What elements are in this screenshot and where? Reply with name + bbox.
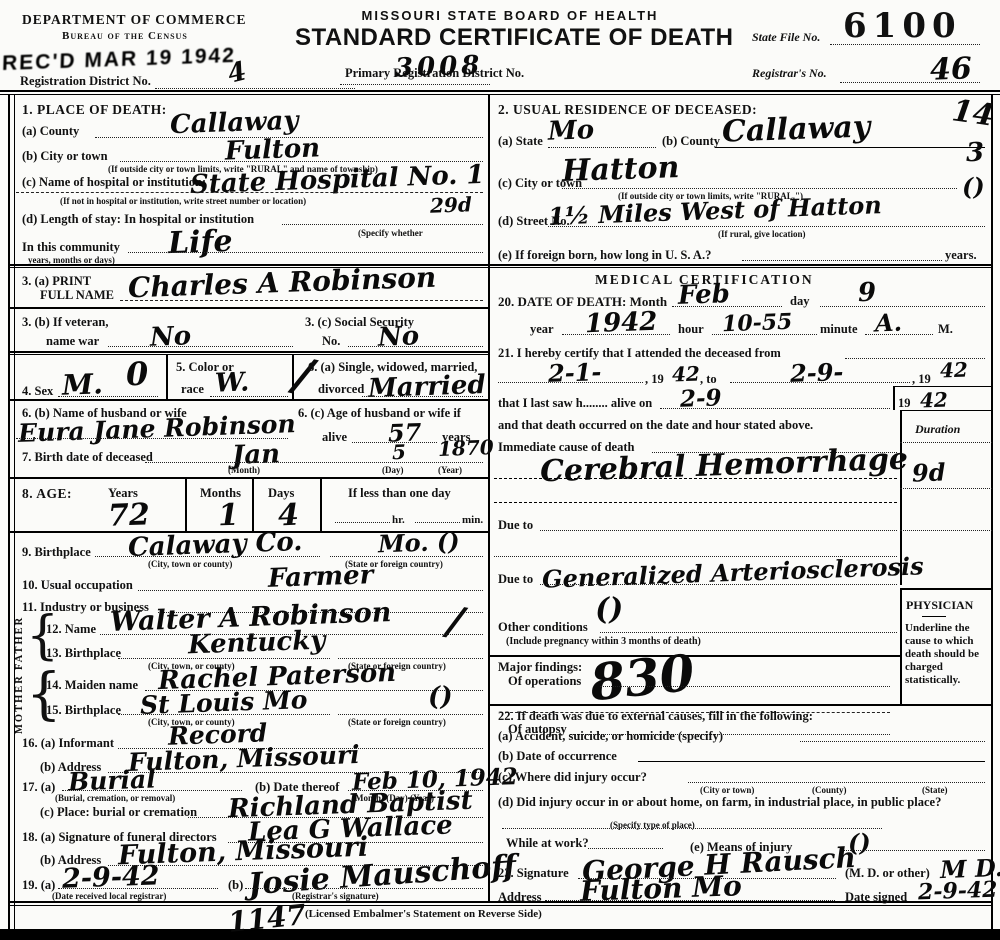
age-less-head: If less than one day [348, 486, 451, 501]
registration-district-label: Registration District No. [20, 74, 151, 89]
while-at-work-label: While at work? [506, 836, 589, 851]
form-line [330, 556, 483, 557]
father-birthplace-value: Kentucky [188, 626, 326, 661]
major-findings-value: 830 [587, 643, 697, 713]
birthplace-state-value: Mo. () [378, 527, 461, 559]
form-line [490, 267, 992, 268]
physician-box-border [900, 588, 902, 705]
birthdate-year-hint: (Year) [438, 465, 462, 475]
form-line [58, 396, 158, 397]
form-line [672, 306, 782, 307]
form-border [991, 95, 993, 930]
attended-from-year: 42 [672, 362, 701, 387]
res-state-label: (a) State [498, 134, 543, 149]
corner-mark-3: 3 [965, 138, 984, 169]
mother-side-label: MOTHER [14, 668, 25, 734]
form-line [210, 396, 288, 397]
form-line [490, 655, 900, 657]
race-label2: race [181, 382, 204, 397]
form-line [712, 334, 817, 335]
age-hr-label: hr. [392, 514, 405, 526]
res-foreign-suffix: years. [945, 248, 977, 263]
state-file-value: 6100 [843, 6, 962, 46]
form-line [562, 334, 670, 335]
form-border [8, 95, 10, 930]
registration-district-value: 4 [225, 56, 250, 89]
registrar-sig-hint: (Registrar's signature) [292, 891, 379, 901]
physician-signature-label: 23. Signature [498, 866, 569, 881]
dod-m-suffix: M. [938, 322, 953, 337]
form-line [62, 790, 242, 791]
external-a-label: (a) Accident, suicide, or homicide (spec… [498, 729, 723, 744]
form-line [10, 477, 488, 479]
form-line [490, 704, 992, 706]
received-date-stamp: REC'D MAR 19 1942 [2, 44, 237, 76]
form-line [893, 386, 992, 387]
form-line [362, 396, 483, 397]
birthplace-hint: (City, town or county) [148, 559, 232, 569]
form-line [540, 530, 897, 531]
attended-from-value: 2-1- [548, 357, 602, 388]
pod-county-label: (a) County [22, 124, 79, 139]
form-line [10, 399, 488, 401]
cell-divider [252, 478, 254, 531]
pod-hospital-hint: (If not in hospital or institution, writ… [60, 196, 306, 206]
form-line [282, 224, 483, 225]
physician-address-label: Address [498, 890, 542, 905]
dod-hour-label: hour [678, 322, 704, 337]
form-line [95, 556, 320, 557]
marital-label2: divorced [318, 382, 364, 397]
cell-divider [320, 478, 322, 531]
form-line [128, 252, 483, 253]
pod-city-value: Fulton [225, 133, 321, 166]
external-causes-heading: 22. If death was due to external causes,… [498, 709, 813, 724]
form-line [335, 522, 390, 523]
birthdate-day: 5 [392, 440, 407, 464]
last-saw-19: 19 [898, 396, 911, 411]
external-c-state-hint: (State) [922, 785, 948, 795]
dod-hour-value: 10-55 [722, 309, 793, 337]
form-line [108, 346, 293, 347]
veteran-value: No [149, 321, 191, 352]
form-line [688, 782, 985, 783]
external-b-label: (b) Date of occurrence [498, 749, 617, 764]
form-line [0, 94, 1000, 95]
spouse-age-label2: alive [322, 430, 347, 445]
spouse-age-label1: 6. (c) Age of husband or wife if [298, 406, 461, 421]
res-state-value: Mo [547, 115, 594, 147]
form-line [742, 260, 942, 261]
form-line [58, 888, 218, 889]
last-saw-label: that I last saw h........ alive on [498, 396, 652, 411]
ssn-value: No [377, 321, 419, 352]
form-line [865, 334, 933, 335]
form-line [922, 616, 946, 617]
certificate-page: DEPARTMENT OF COMMERCE Bureau of the Cen… [0, 0, 1000, 940]
due-to-1-label: Due to [498, 518, 533, 533]
registrar-date-hint: (Date received local registrar) [52, 891, 166, 901]
informant-label: 16. (a) Informant [22, 736, 114, 751]
physician-title: PHYSICIAN [906, 598, 973, 613]
other-conditions-mark: () [594, 592, 624, 628]
bureau-of-census: Bureau of the Census [62, 30, 188, 42]
age-min-label: min. [462, 514, 483, 526]
state-file-label: State File No. [752, 30, 820, 45]
form-line [900, 530, 992, 531]
form-line [10, 307, 488, 309]
other-conditions-label: Other conditions [498, 620, 588, 635]
form-line [16, 438, 288, 439]
date-signed-label: Date signed [845, 890, 907, 905]
form-line [415, 522, 460, 523]
industry-mark: / [444, 597, 467, 646]
disposition-type-hint: (Burial, cremation, or removal) [55, 793, 175, 803]
external-c-county-hint: (County) [812, 785, 847, 795]
form-line [545, 900, 835, 901]
cell-divider [166, 355, 168, 399]
form-line [600, 686, 890, 687]
age-years-value: 72 [107, 497, 150, 533]
form-line [494, 502, 897, 503]
form-line [490, 264, 992, 266]
form-line [338, 714, 483, 715]
date-signed-value: 2-9-42 [918, 877, 998, 906]
form-line [900, 488, 992, 489]
fullname-label1: 3. (a) PRINT [22, 274, 91, 289]
mother-name-label: 14. Maiden name [46, 678, 138, 693]
father-name-label: 12. Name [46, 622, 96, 637]
form-line [730, 382, 910, 383]
dod-minute-value: A. [875, 308, 903, 338]
form-line [548, 147, 656, 148]
physician-note: Underline the cause to which death shoul… [905, 622, 989, 687]
occupation-label: 10. Usual occupation [22, 578, 133, 593]
pod-community-label: In this community [22, 240, 120, 255]
form-line [900, 442, 992, 443]
form-line [900, 410, 992, 411]
registrar-date-label: 19. (a) [22, 878, 55, 893]
disposition-place-label: (c) Place: burial or cremation [40, 805, 197, 820]
form-line [118, 714, 330, 715]
attended-19b: , 19 [912, 372, 931, 387]
res-street-hint: (If rural, give location) [718, 229, 805, 239]
registrar-date-value: 2-9-42 [61, 860, 160, 894]
mother-birthplace-hint2: (State or foreign country) [348, 717, 446, 727]
residence-heading: 2. USUAL RESIDENCE OF DECEASED: [498, 102, 757, 118]
pod-city-label: (b) City or town [22, 149, 108, 164]
form-line [540, 584, 897, 585]
form-line [840, 850, 985, 851]
form-line [245, 888, 483, 889]
form-line [800, 741, 985, 742]
of-operations-label: Of operations [508, 674, 581, 689]
form-line [145, 462, 483, 463]
res-county-value: Callaway [721, 109, 870, 149]
form-line [660, 408, 890, 409]
attended-19a: , 19 [645, 372, 664, 387]
form-line [588, 848, 663, 849]
primary-district-value: 3008 [395, 50, 484, 83]
form-line [715, 147, 985, 148]
birthdate-label: 7. Birth date of deceased [22, 450, 153, 465]
mother-birthplace-mark: () [427, 682, 453, 713]
res-foreign-label: (e) If foreign born, how long in U. S. A… [498, 248, 711, 263]
race-value: W. [214, 367, 249, 398]
age-label: 8. AGE: [22, 486, 72, 502]
res-county-label: (b) County [662, 134, 720, 149]
form-border [14, 95, 15, 930]
attended-to-year: 42 [940, 358, 969, 383]
sex-label: 4. Sex [22, 384, 53, 399]
duration-head: Duration [915, 422, 960, 437]
form-line [820, 306, 985, 307]
form-line [562, 188, 957, 189]
external-d-hint: (Specify type of place) [610, 820, 695, 830]
certificate-title: STANDARD CERTIFICATE OF DEATH [295, 24, 725, 52]
physician-address-value: Fulton Mo [579, 869, 742, 908]
res-street-value: 1½ Miles West of Hatton [548, 190, 883, 231]
sex-code-mark: 0 [125, 355, 149, 394]
ssn-label2: No. [322, 334, 340, 349]
form-line [600, 632, 897, 633]
embalmer-note: (Licensed Embalmer's Statement on Revers… [305, 908, 542, 920]
pod-stay-value: 29d [430, 192, 473, 217]
place-of-death-heading: 1. PLACE OF DEATH: [22, 102, 167, 118]
disposition-type-label: 17. (a) [22, 780, 55, 795]
attended-to-value: 2-9- [790, 357, 844, 388]
external-c-city-hint: (City or town) [700, 785, 754, 795]
dod-day-label: day [790, 294, 809, 309]
dod-year-label: year [530, 322, 554, 337]
occupation-value: Farmer [268, 560, 374, 594]
form-line [16, 192, 483, 193]
corner-mark-14: 14 [950, 93, 996, 133]
disposition-type-value: Burial [68, 764, 157, 796]
form-line [638, 761, 985, 762]
form-line [10, 351, 488, 353]
form-line [118, 658, 330, 659]
form-line [120, 300, 483, 301]
external-c-label: (c) Where did injury occur? [498, 770, 647, 785]
birthdate-day-hint: (Day) [382, 465, 404, 475]
age-months-value: 1 [217, 498, 239, 534]
form-line [548, 226, 985, 227]
dod-day-value: 9 [857, 278, 876, 309]
dod-minute-label: minute [820, 322, 858, 337]
mother-birthplace-label: 15. Birthplace [46, 703, 121, 718]
birthplace-value: Calaway Co. [128, 527, 303, 563]
registrar-sig-label: (b) [228, 878, 243, 893]
father-side-label: FATHER [14, 608, 25, 670]
pod-community-value: Life [167, 224, 233, 261]
form-line [10, 354, 488, 355]
veteran-label1: 3. (b) If veteran, [22, 315, 108, 330]
birthplace-label: 9. Birthplace [22, 545, 91, 560]
scan-artifact [0, 929, 1000, 940]
fullname-label2: FULL NAME [40, 288, 114, 303]
board-of-health-line: MISSOURI STATE BOARD OF HEALTH [330, 8, 690, 23]
form-border [893, 386, 895, 410]
form-line [0, 90, 1000, 92]
res-city-value: Hatton [561, 150, 679, 189]
form-line [138, 590, 483, 591]
form-line [498, 382, 643, 383]
veteran-label2: name war [46, 334, 99, 349]
dept-of-commerce: DEPARTMENT OF COMMERCE [22, 12, 247, 28]
pod-stay-hint: (Specify whether [358, 228, 423, 238]
occurred-label: and that death occurred on the date and … [498, 418, 813, 433]
registrar-no-label: Registrar's No. [752, 66, 827, 81]
cell-divider [185, 478, 187, 531]
father-birthplace-label: 13. Birthplace [46, 646, 121, 661]
birthdate-year: 1870 [438, 435, 494, 461]
due-to-2-value: Generalized Arteriosclerosis [542, 551, 924, 593]
form-line [8, 905, 993, 906]
pod-hospital-label: (c) Name of hospital or institution: [22, 175, 206, 190]
last-saw-year: 42 [920, 388, 949, 413]
form-line [900, 588, 992, 590]
major-findings-label: Major findings: [498, 660, 582, 675]
due-to-2-label: Due to [498, 572, 533, 587]
corner-mark-paren: () [962, 172, 986, 202]
birthdate-month-hint: (Month) [228, 465, 260, 475]
external-d-label: (d) Did injury occur in or about home, o… [498, 795, 941, 810]
attended-label: 21. I hereby certify that I attended the… [498, 346, 781, 361]
cause-duration-value: 9d [912, 457, 946, 487]
form-line [494, 478, 897, 479]
